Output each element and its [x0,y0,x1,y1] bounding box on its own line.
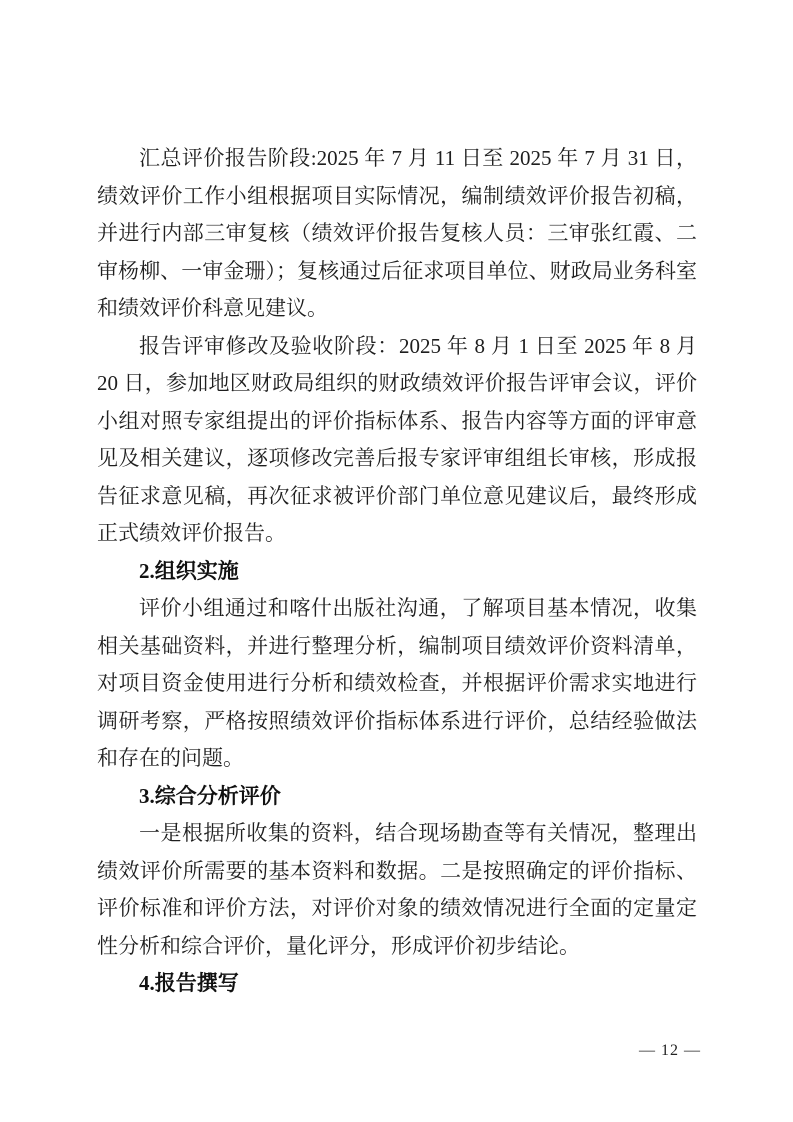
paragraph-comprehensive-analysis: 一是根据所收集的资料，结合现场勘查等有关情况，整理出绩效评价所需要的基本资料和数… [97,815,697,965]
page-number: — 12 — [639,1042,701,1060]
paragraph-summary-report-stage: 汇总评价报告阶段:2025 年 7 月 11 日至 2025 年 7 月 31 … [97,140,697,328]
document-body: 汇总评价报告阶段:2025 年 7 月 11 日至 2025 年 7 月 31 … [97,140,697,1003]
paragraph-review-revision-stage: 报告评审修改及验收阶段：2025 年 8 月 1 日至 2025 年 8 月 2… [97,328,697,553]
section-heading-organization: 2.组织实施 [97,553,697,591]
section-heading-report-writing: 4.报告撰写 [97,965,697,1003]
document-page: 汇总评价报告阶段:2025 年 7 月 11 日至 2025 年 7 月 31 … [0,0,793,1122]
section-heading-comprehensive-analysis: 3.综合分析评价 [97,778,697,816]
paragraph-organization-implementation: 评价小组通过和喀什出版社沟通，了解项目基本情况，收集相关基础资料，并进行整理分析… [97,590,697,778]
